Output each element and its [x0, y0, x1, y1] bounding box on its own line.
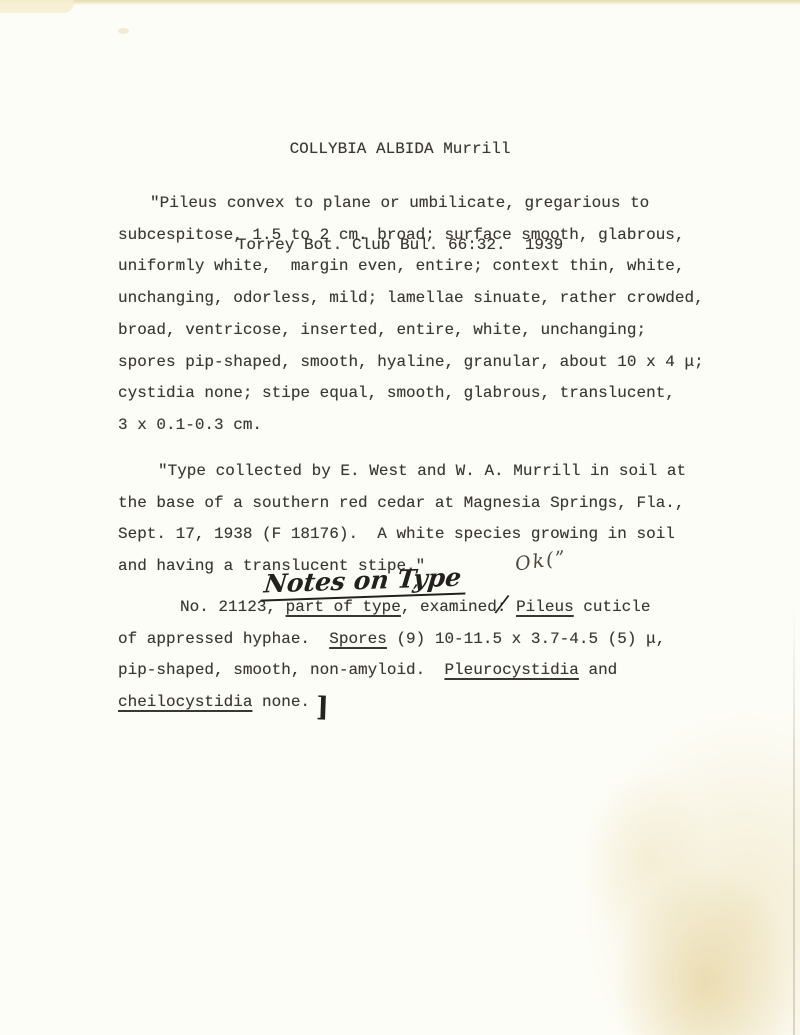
text-line: unchanging, odorless, mild; lamellae sin… [118, 283, 704, 315]
text-segment: 3 x 0.1-0.3 cm. [118, 416, 262, 434]
text-segment: Sept. 17, 1938 (F 18176). A white specie… [118, 525, 675, 543]
text-line: "Type collected by E. West and W. A. Mur… [118, 456, 686, 488]
text-segment: (9) 10-11.5 x 3.7-4.5 (5) μ, [387, 630, 665, 648]
scanned-document-page: COLLYBIA ALBIDA Murrill Torrey Bot. Club… [0, 0, 800, 1035]
text-line: Sept. 17, 1938 (F 18176). A white specie… [118, 519, 686, 551]
text-segment: unchanging, odorless, mild; lamellae sin… [118, 289, 704, 307]
text-segment: none. [252, 693, 310, 711]
text-line: pip-shaped, smooth, non-amyloid. Pleuroc… [118, 655, 665, 687]
text-line: broad, ventricose, inserted, entire, whi… [118, 315, 704, 347]
text-line: of appressed hyphae. Spores (9) 10-11.5 … [118, 624, 665, 656]
text-line: uniformly white, margin even, entire; co… [118, 251, 704, 283]
text-segment: broad, ventricose, inserted, entire, whi… [118, 321, 646, 339]
text-segment: spores pip-shaped, smooth, hyaline, gran… [118, 353, 704, 371]
scan-edge-top [0, 0, 800, 5]
underlined-text: part of type [286, 598, 401, 616]
text-segment: uniformly white, margin even, entire; co… [118, 257, 685, 275]
text-segment: "Type collected by E. West and W. A. Mur… [158, 462, 686, 480]
paragraph-notes-on-type: No. 21123, part of type, examined: Pileu… [118, 592, 665, 719]
underlined-text: Spores [329, 630, 387, 648]
text-segment: the base of a southern red cedar at Magn… [118, 494, 685, 512]
underlined-text: Pileus [516, 598, 574, 616]
text-segment: pip-shaped, smooth, non-amyloid. [118, 661, 444, 679]
text-segment: "Pileus convex to plane or umbilicate, g… [150, 194, 649, 212]
text-line: "Pileus convex to plane or umbilicate, g… [118, 188, 704, 220]
text-segment: of appressed hyphae. [118, 630, 329, 648]
scan-edge-top-left [0, 0, 74, 13]
text-segment: subcespitose, 1.5 to 2 cm. broad; surfac… [118, 226, 685, 244]
paper-speck [118, 28, 129, 34]
text-segment: cuticle [574, 598, 651, 616]
handwritten-closing-bracket: ] [315, 692, 329, 723]
document-title: COLLYBIA ALBIDA Murrill [0, 134, 800, 166]
paragraph-description: "Pileus convex to plane or umbilicate, g… [118, 188, 704, 442]
text-line: cystidia none; stipe equal, smooth, glab… [118, 378, 704, 410]
underlined-text: cheilocystidia [118, 693, 252, 711]
scan-edge-right [793, 605, 795, 1035]
underlined-text: Pleurocystidia [444, 661, 578, 679]
text-line: spores pip-shaped, smooth, hyaline, gran… [118, 347, 704, 379]
text-segment: and [579, 661, 617, 679]
text-line: subcespitose, 1.5 to 2 cm. broad; surfac… [118, 220, 704, 252]
text-segment: cystidia none; stipe equal, smooth, glab… [118, 384, 675, 402]
text-line: the base of a southern red cedar at Magn… [118, 488, 686, 520]
text-line: 3 x 0.1-0.3 cm. [118, 410, 704, 442]
text-line: cheilocystidia none. [118, 687, 665, 719]
